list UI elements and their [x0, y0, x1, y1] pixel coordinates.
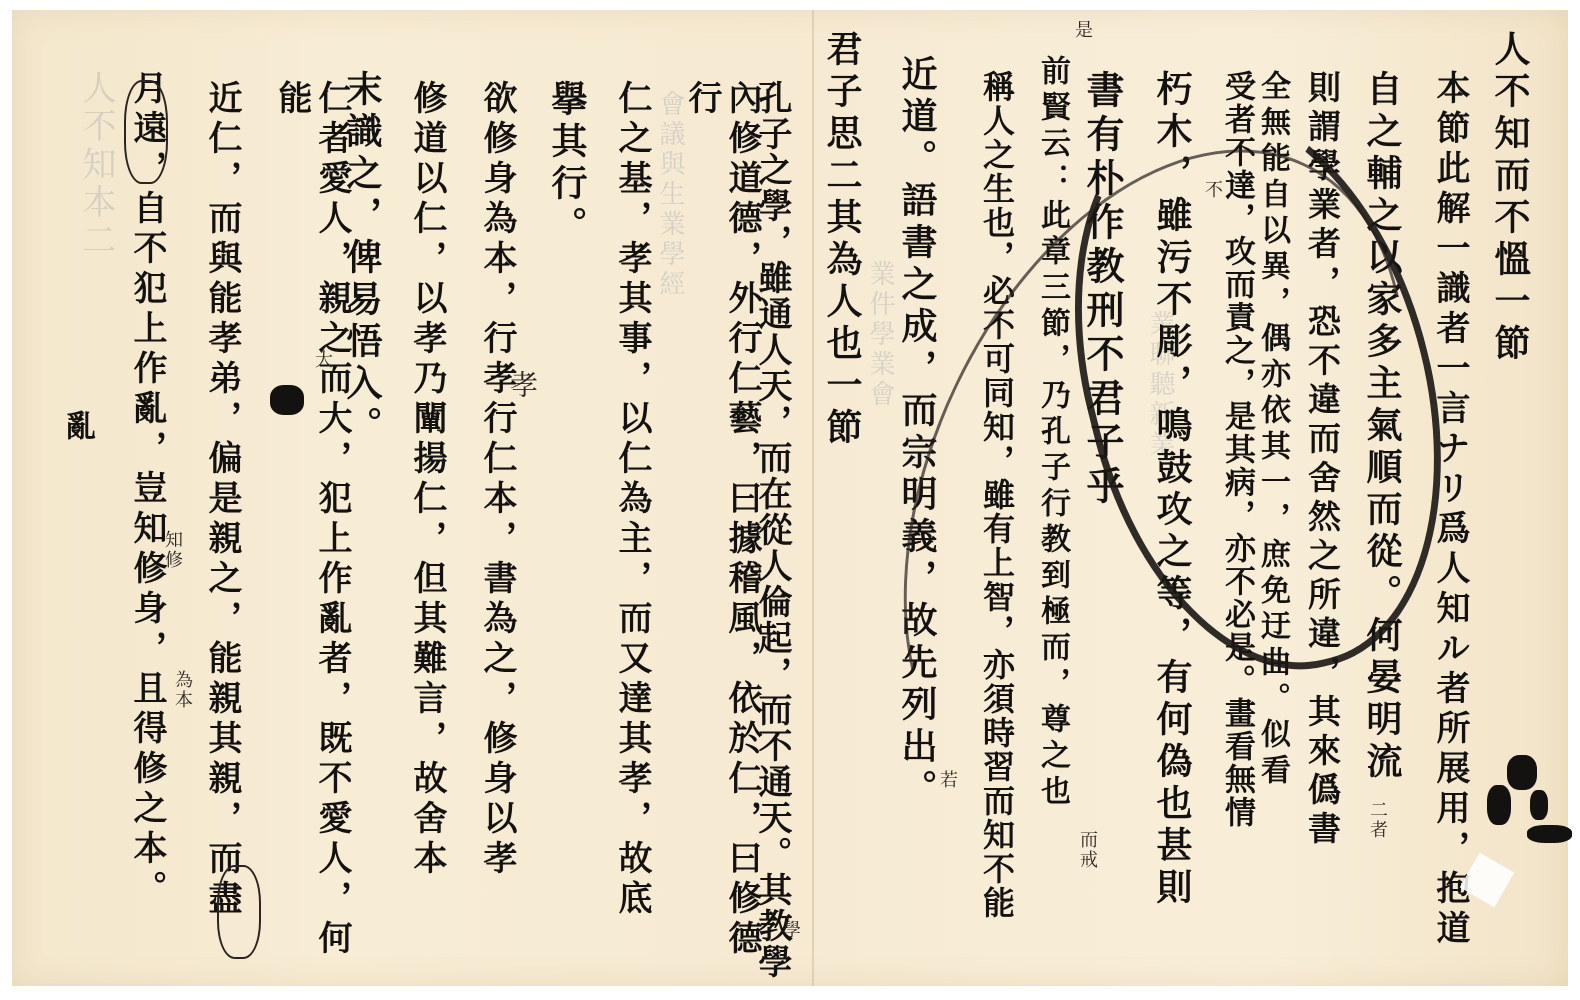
- ink-blot: [1530, 790, 1548, 820]
- ink-blot: [270, 385, 304, 415]
- margin-note: 大: [312, 350, 332, 370]
- center-fold: [812, 10, 814, 986]
- bleed-through-text: 人不知本二: [72, 70, 121, 260]
- ink-blot: [1487, 785, 1511, 825]
- column-text: 人不知而不慍一節: [1490, 30, 1530, 366]
- ink-blot: [1527, 825, 1572, 843]
- margin-note: 知修: [162, 530, 182, 570]
- margin-note: 孝: [512, 370, 532, 400]
- column-text: 欲修身為本，行孝行仁本，書為之，修身以孝: [477, 80, 517, 880]
- margin-note: 二者: [1367, 800, 1387, 840]
- bleed-through-text: 業件學業會: [862, 260, 899, 410]
- column-text: 擧其行。: [547, 80, 587, 248]
- margin-note: 是: [1072, 20, 1092, 40]
- ink-blot: [1507, 755, 1537, 790]
- column-text: 月遠，自不犯上作亂，豈知修身，且得修之本。: [127, 70, 167, 910]
- margin-note: 若: [937, 770, 957, 790]
- column-text: 仁之基，孝其事，以仁為主，而又達其孝，故底: [612, 80, 652, 920]
- column-text: 君子思二其為人也一節: [822, 30, 862, 450]
- margin-note: 而戒: [1077, 830, 1097, 870]
- circled-word-mark: [124, 80, 168, 184]
- margin-note: 為本: [172, 670, 192, 710]
- column-text: 仁者愛人，親之而大，犯上作亂者，既不愛人，何能: [272, 80, 352, 986]
- column-text: 近仁，而與能孝弟，偏是親之，能親其親，而盡: [202, 80, 242, 920]
- margin-note: 學: [780, 920, 800, 940]
- column-text: 修道以仁，以孝乃闡揚仁，但其難言，故舍本: [407, 80, 447, 880]
- circled-word-mark: [217, 865, 261, 959]
- manuscript-page: 會議與生業學經 業件學業會 業聯聽新業 人不知本二 人不知而不慍一節 本節此解一…: [12, 10, 1568, 986]
- column-text: 內修道德，外行仁藝，曰據稽風，依於仁，曰修德行: [682, 80, 762, 986]
- column-text: 亂: [57, 410, 97, 446]
